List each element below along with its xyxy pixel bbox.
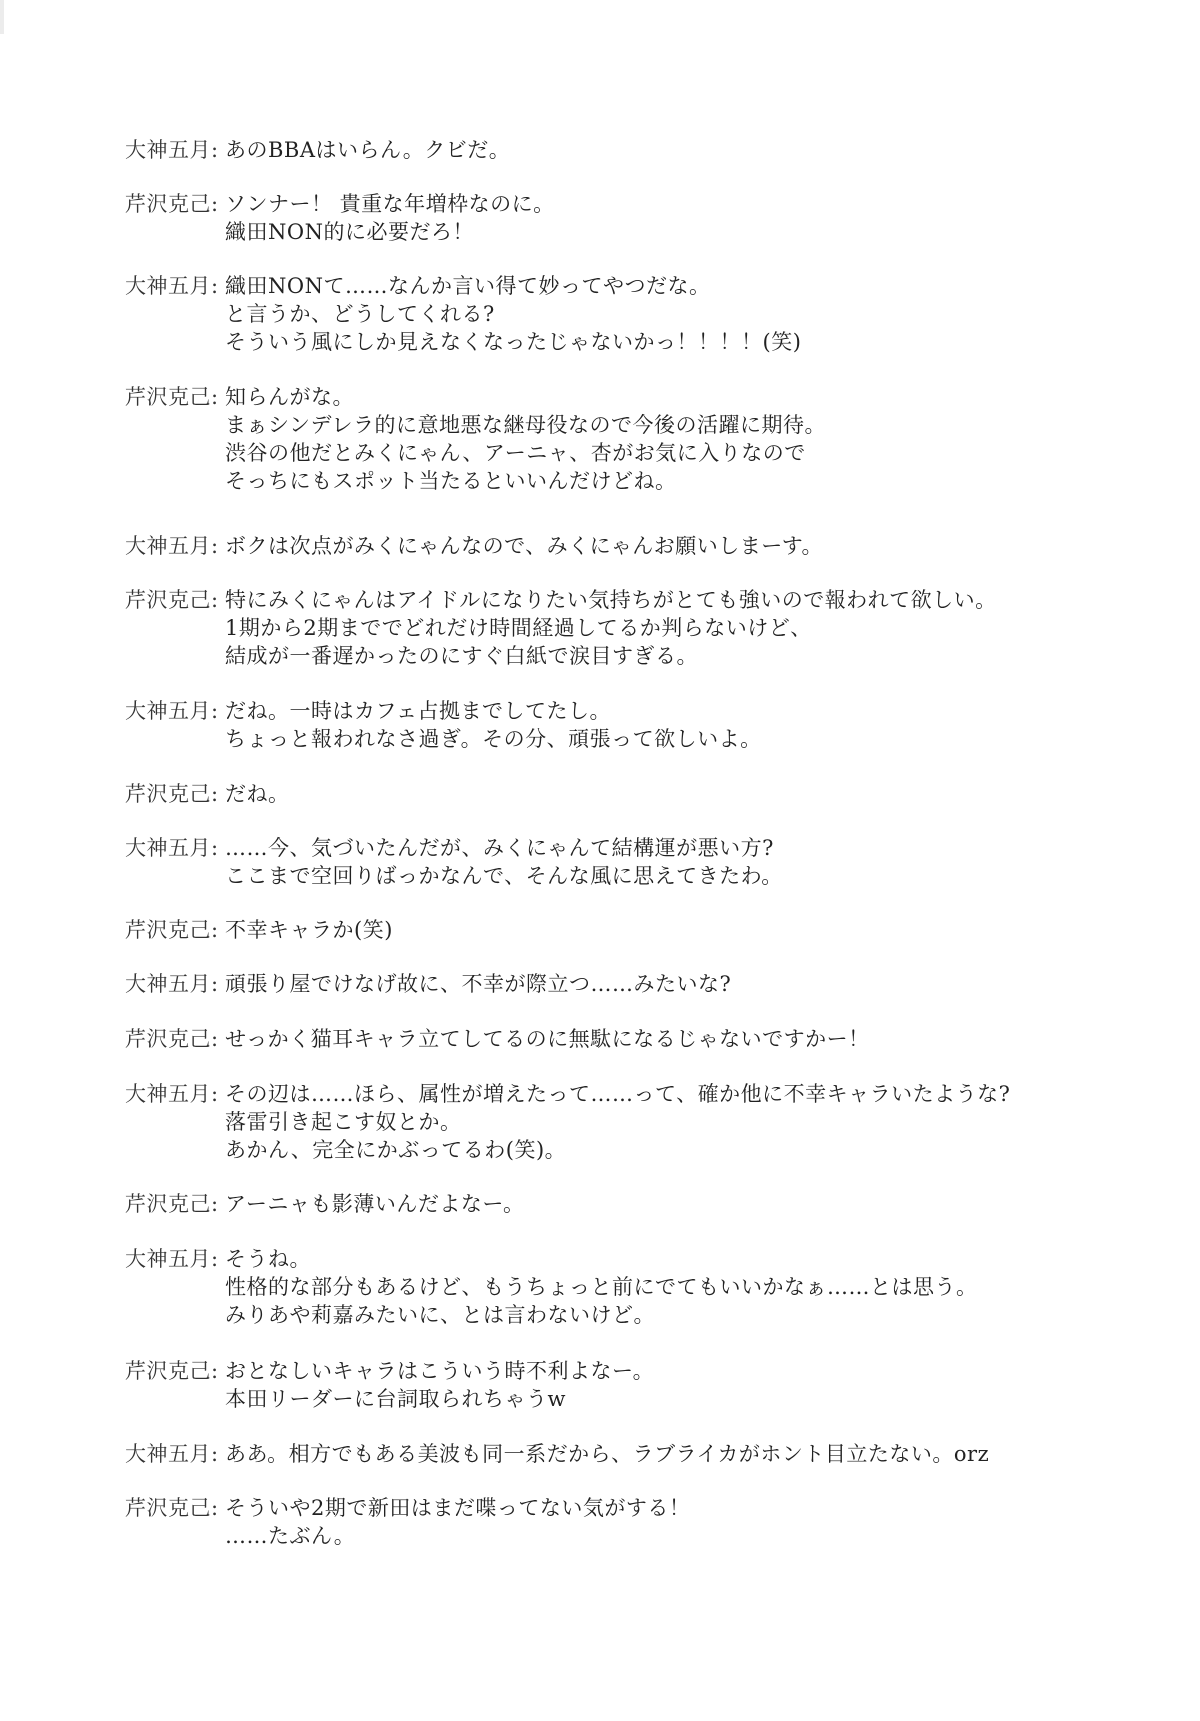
dialogue-line: 織田NONて……なんか言い得て妙ってやつだな。	[225, 272, 801, 300]
dialogue-line: そっちにもスポット当たるといいんだけどね。	[225, 467, 826, 495]
dialogue-lines: せっかく猫耳キャラ立てしてるのに無駄になるじゃないですかー！	[225, 1025, 870, 1053]
dialogue-lines: その辺は……ほら、属性が増えたって……って、確か他に不幸キャラいたような?落雷引…	[225, 1080, 1010, 1164]
dialogue-line: そうね。	[225, 1245, 978, 1273]
dialogue-entry: 芹沢克己:不幸キャラか(笑)	[125, 916, 393, 944]
dialogue-lines: 知らんがな。まぁシンデレラ的に意地悪な継母役なので今後の活躍に期待。渋谷の他だと…	[225, 383, 826, 495]
dialogue-line: 性格的な部分もあるけど、もうちょっと前にでてもいいかなぁ……とは思う。	[225, 1273, 978, 1301]
dialogue-lines: 特にみくにゃんはアイドルになりたい気持ちがとても強いので報われて欲しい。1期から…	[225, 586, 997, 670]
dialogue-line: その辺は……ほら、属性が増えたって……って、確か他に不幸キャラいたような?	[225, 1080, 1010, 1108]
dialogue-line: ここまで空回りばっかなんで、そんな風に思えてきたわ。	[225, 862, 783, 890]
dialogue-lines: ……今、気づいたんだが、みくにゃんて結構運が悪い方?ここまで空回りばっかなんで、…	[225, 834, 783, 890]
dialogue-line: みりあや莉嘉みたいに、とは言わないけど。	[225, 1301, 978, 1329]
dialogue-entry: 芹沢克己:知らんがな。まぁシンデレラ的に意地悪な継母役なので今後の活躍に期待。渋…	[125, 383, 826, 495]
dialogue-line: ソンナー！ 貴重な年増枠なのに。	[225, 190, 555, 218]
speaker-name: 芹沢克己:	[125, 1190, 225, 1218]
dialogue-entry: 大神五月:だね。一時はカフェ占拠までしてたし。ちょっと報われなさ過ぎ。その分、頑…	[125, 697, 762, 753]
scan-edge-mark	[0, 0, 4, 34]
speaker-name: 芹沢克己:	[125, 586, 225, 614]
dialogue-line: 本田リーダーに台詞取られちゃうw	[225, 1385, 654, 1413]
speaker-name: 大神五月:	[125, 136, 225, 164]
dialogue-line: そういう風にしか見えなくなったじゃないかっ！！！！(笑)	[225, 328, 801, 356]
dialogue-line: 不幸キャラか(笑)	[225, 916, 393, 944]
speaker-name: 芹沢克己:	[125, 780, 225, 808]
dialogue-entry: 大神五月:織田NONて……なんか言い得て妙ってやつだな。と言うか、どうしてくれる…	[125, 272, 801, 356]
dialogue-line: 知らんがな。	[225, 383, 826, 411]
dialogue-lines: ボクは次点がみくにゃんなので、みくにゃんお願いしまーす。	[225, 532, 823, 560]
speaker-name: 芹沢克己:	[125, 1357, 225, 1385]
dialogue-entry: 芹沢克己:そういや2期で新田はまだ喋ってない気がする！……たぶん。	[125, 1494, 690, 1550]
speaker-name: 芹沢克己:	[125, 383, 225, 411]
dialogue-line: だね。一時はカフェ占拠までしてたし。	[225, 697, 762, 725]
dialogue-lines: 不幸キャラか(笑)	[225, 916, 393, 944]
speaker-name: 芹沢克己:	[125, 916, 225, 944]
dialogue-line: 織田NON的に必要だろ！	[225, 218, 555, 246]
speaker-name: 大神五月:	[125, 834, 225, 862]
dialogue-entry: 芹沢克己:アーニャも影薄いんだよなー。	[125, 1190, 525, 1218]
speaker-name: 大神五月:	[125, 272, 225, 300]
dialogue-line: 特にみくにゃんはアイドルになりたい気持ちがとても強いので報われて欲しい。	[225, 586, 997, 614]
dialogue-lines: 頑張り屋でけなげ故に、不幸が際立つ……みたいな?	[225, 970, 731, 998]
dialogue-entry: 芹沢克己:せっかく猫耳キャラ立てしてるのに無駄になるじゃないですかー！	[125, 1025, 870, 1053]
dialogue-lines: あのBBAはいらん。クビだ。	[225, 136, 510, 164]
speaker-name: 大神五月:	[125, 970, 225, 998]
dialogue-lines: ああ。相方でもある美波も同一系だから、ラブライカがホント目立たない。orz	[225, 1440, 989, 1468]
dialogue-line: 結成が一番遅かったのにすぐ白紙で涙目すぎる。	[225, 642, 997, 670]
dialogue-line: ちょっと報われなさ過ぎ。その分、頑張って欲しいよ。	[225, 725, 762, 753]
dialogue-line: だね。	[225, 780, 290, 808]
dialogue-lines: だね。	[225, 780, 290, 808]
dialogue-lines: だね。一時はカフェ占拠までしてたし。ちょっと報われなさ過ぎ。その分、頑張って欲し…	[225, 697, 762, 753]
dialogue-lines: 織田NONて……なんか言い得て妙ってやつだな。と言うか、どうしてくれる?そういう…	[225, 272, 801, 356]
dialogue-entry: 大神五月:……今、気づいたんだが、みくにゃんて結構運が悪い方?ここまで空回りばっ…	[125, 834, 783, 890]
document-page: 大神五月:あのBBAはいらん。クビだ。芹沢克己:ソンナー！ 貴重な年増枠なのに。…	[0, 0, 1200, 1721]
dialogue-entry: 大神五月:あのBBAはいらん。クビだ。	[125, 136, 510, 164]
dialogue-line: まぁシンデレラ的に意地悪な継母役なので今後の活躍に期待。	[225, 411, 826, 439]
dialogue-line: せっかく猫耳キャラ立てしてるのに無駄になるじゃないですかー！	[225, 1025, 870, 1053]
dialogue-lines: そういや2期で新田はまだ喋ってない気がする！……たぶん。	[225, 1494, 690, 1550]
speaker-name: 芹沢克己:	[125, 1025, 225, 1053]
dialogue-line: 頑張り屋でけなげ故に、不幸が際立つ……みたいな?	[225, 970, 731, 998]
dialogue-line: ……今、気づいたんだが、みくにゃんて結構運が悪い方?	[225, 834, 783, 862]
dialogue-entry: 芹沢克己:ソンナー！ 貴重な年増枠なのに。織田NON的に必要だろ！	[125, 190, 555, 246]
dialogue-line: あのBBAはいらん。クビだ。	[225, 136, 510, 164]
speaker-name: 大神五月:	[125, 1245, 225, 1273]
dialogue-line: そういや2期で新田はまだ喋ってない気がする！	[225, 1494, 690, 1522]
speaker-name: 大神五月:	[125, 1440, 225, 1468]
dialogue-line: おとなしいキャラはこういう時不利よなー。	[225, 1357, 654, 1385]
dialogue-line: 1期から2期まででどれだけ時間経過してるか判らないけど、	[225, 614, 997, 642]
dialogue-lines: アーニャも影薄いんだよなー。	[225, 1190, 525, 1218]
dialogue-line: 渋谷の他だとみくにゃん、アーニャ、杏がお気に入りなので	[225, 439, 826, 467]
dialogue-lines: おとなしいキャラはこういう時不利よなー。本田リーダーに台詞取られちゃうw	[225, 1357, 654, 1413]
speaker-name: 大神五月:	[125, 532, 225, 560]
dialogue-entry: 大神五月:ああ。相方でもある美波も同一系だから、ラブライカがホント目立たない。o…	[125, 1440, 989, 1468]
dialogue-entry: 芹沢克己:特にみくにゃんはアイドルになりたい気持ちがとても強いので報われて欲しい…	[125, 586, 997, 670]
dialogue-lines: そうね。性格的な部分もあるけど、もうちょっと前にでてもいいかなぁ……とは思う。み…	[225, 1245, 978, 1329]
dialogue-line: 落雷引き起こす奴とか。	[225, 1108, 1010, 1136]
speaker-name: 芹沢克己:	[125, 1494, 225, 1522]
dialogue-entry: 大神五月:その辺は……ほら、属性が増えたって……って、確か他に不幸キャラいたよう…	[125, 1080, 1010, 1164]
speaker-name: 大神五月:	[125, 1080, 225, 1108]
dialogue-entry: 大神五月:頑張り屋でけなげ故に、不幸が際立つ……みたいな?	[125, 970, 731, 998]
dialogue-lines: ソンナー！ 貴重な年増枠なのに。織田NON的に必要だろ！	[225, 190, 555, 246]
dialogue-line: あかん、完全にかぶってるわ(笑)。	[225, 1136, 1010, 1164]
dialogue-line: ……たぶん。	[225, 1522, 690, 1550]
dialogue-line: アーニャも影薄いんだよなー。	[225, 1190, 525, 1218]
dialogue-entry: 芹沢克己:だね。	[125, 780, 290, 808]
dialogue-entry: 大神五月:そうね。性格的な部分もあるけど、もうちょっと前にでてもいいかなぁ……と…	[125, 1245, 978, 1329]
speaker-name: 芹沢克己:	[125, 190, 225, 218]
dialogue-line: ああ。相方でもある美波も同一系だから、ラブライカがホント目立たない。orz	[225, 1440, 989, 1468]
dialogue-line: ボクは次点がみくにゃんなので、みくにゃんお願いしまーす。	[225, 532, 823, 560]
dialogue-entry: 芹沢克己:おとなしいキャラはこういう時不利よなー。本田リーダーに台詞取られちゃう…	[125, 1357, 654, 1413]
speaker-name: 大神五月:	[125, 697, 225, 725]
dialogue-entry: 大神五月:ボクは次点がみくにゃんなので、みくにゃんお願いしまーす。	[125, 532, 823, 560]
dialogue-line: と言うか、どうしてくれる?	[225, 300, 801, 328]
